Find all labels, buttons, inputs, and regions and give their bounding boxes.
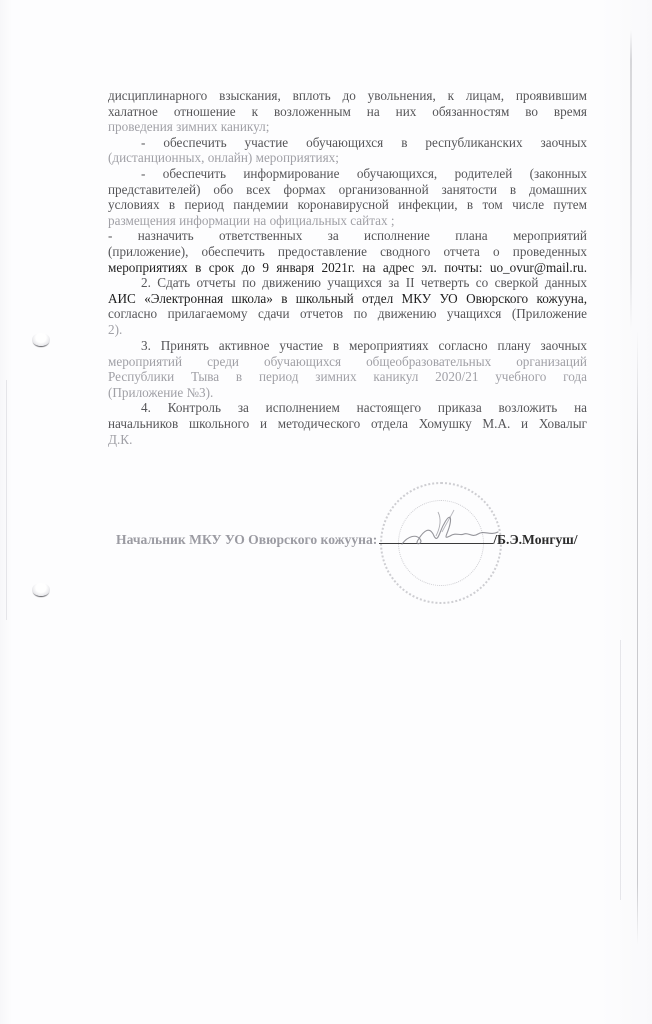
text-line: (Приложение №3). xyxy=(108,385,587,401)
paragraph: 3. Принять активное участие в мероприяти… xyxy=(108,338,587,400)
punch-hole-icon xyxy=(32,583,50,596)
scan-edge-line xyxy=(620,640,621,900)
text-line: проведения зимних каникул; xyxy=(108,119,587,135)
handwritten-signature-icon xyxy=(394,506,504,552)
text-line: мероприятий среди обучающихся общеобразо… xyxy=(108,354,587,370)
text-line: начальников школьного и методического от… xyxy=(108,416,587,432)
text-line: 4. Контроль за исполнением настоящего пр… xyxy=(108,400,587,416)
text-line: - обеспечить информирование обучающихся,… xyxy=(108,166,587,182)
text-line: дисциплинарного взыскания, вплоть до уво… xyxy=(108,88,587,104)
text-line: (дистанционных, онлайн) мероприятиях; xyxy=(108,150,587,166)
signature-block: Начальник МКУ УО Овюрского кожууна:/Б.Э.… xyxy=(116,531,578,548)
text-line: размещения информации на официальных сай… xyxy=(108,213,587,229)
paragraph: 2. Сдать отчеты по движению учащихся за … xyxy=(108,275,587,337)
document-body: дисциплинарного взыскания, вплоть до уво… xyxy=(108,88,587,447)
text-line: Д.К. xyxy=(108,432,587,448)
scan-edge-line xyxy=(637,330,638,945)
paragraph: 4. Контроль за исполнением настоящего пр… xyxy=(108,400,587,447)
text-line: условиях в период пандемии коронавирусно… xyxy=(108,197,587,213)
text-line: представителей) обо всех формах организо… xyxy=(108,182,587,198)
paragraph: - обеспечить участие обучающихся в респу… xyxy=(108,135,587,166)
text-line: 2. Сдать отчеты по движению учащихся за … xyxy=(108,275,587,291)
text-line: - обеспечить участие обучающихся в респу… xyxy=(108,135,587,151)
signatory-title: Начальник МКУ УО Овюрского кожууна: xyxy=(116,532,377,547)
text-line: согласно прилагаемому сдачи отчетов по д… xyxy=(108,306,587,322)
paragraph: - обеспечить информирование обучающихся,… xyxy=(108,166,587,228)
scan-edge-line xyxy=(6,380,7,620)
paragraph: - назначить ответственных за исполнение … xyxy=(108,228,587,275)
text-line: (приложение), обеспечить предоставление … xyxy=(108,244,587,260)
text-line: - назначить ответственных за исполнение … xyxy=(108,228,587,244)
text-line-email: мероприятиях в срок до 9 января 2021г. н… xyxy=(108,260,587,276)
scan-edge-shadow xyxy=(630,30,632,330)
text-line: 2). xyxy=(108,322,587,338)
text-line: 3. Принять активное участие в мероприяти… xyxy=(108,338,587,354)
paragraph: дисциплинарного взыскания, вплоть до уво… xyxy=(108,88,587,135)
text-line: АИС «Электронная школа» в школьный отдел… xyxy=(108,291,587,307)
signatory-name: /Б.Э.Монгуш/ xyxy=(493,532,577,547)
text-line: Республики Тыва в период зимних каникул … xyxy=(108,369,587,385)
punch-hole-icon xyxy=(32,333,50,346)
text-line: халатное отношение к возложенным на них … xyxy=(108,104,587,120)
scanned-page: дисциплинарного взыскания, вплоть до уво… xyxy=(0,0,652,1024)
